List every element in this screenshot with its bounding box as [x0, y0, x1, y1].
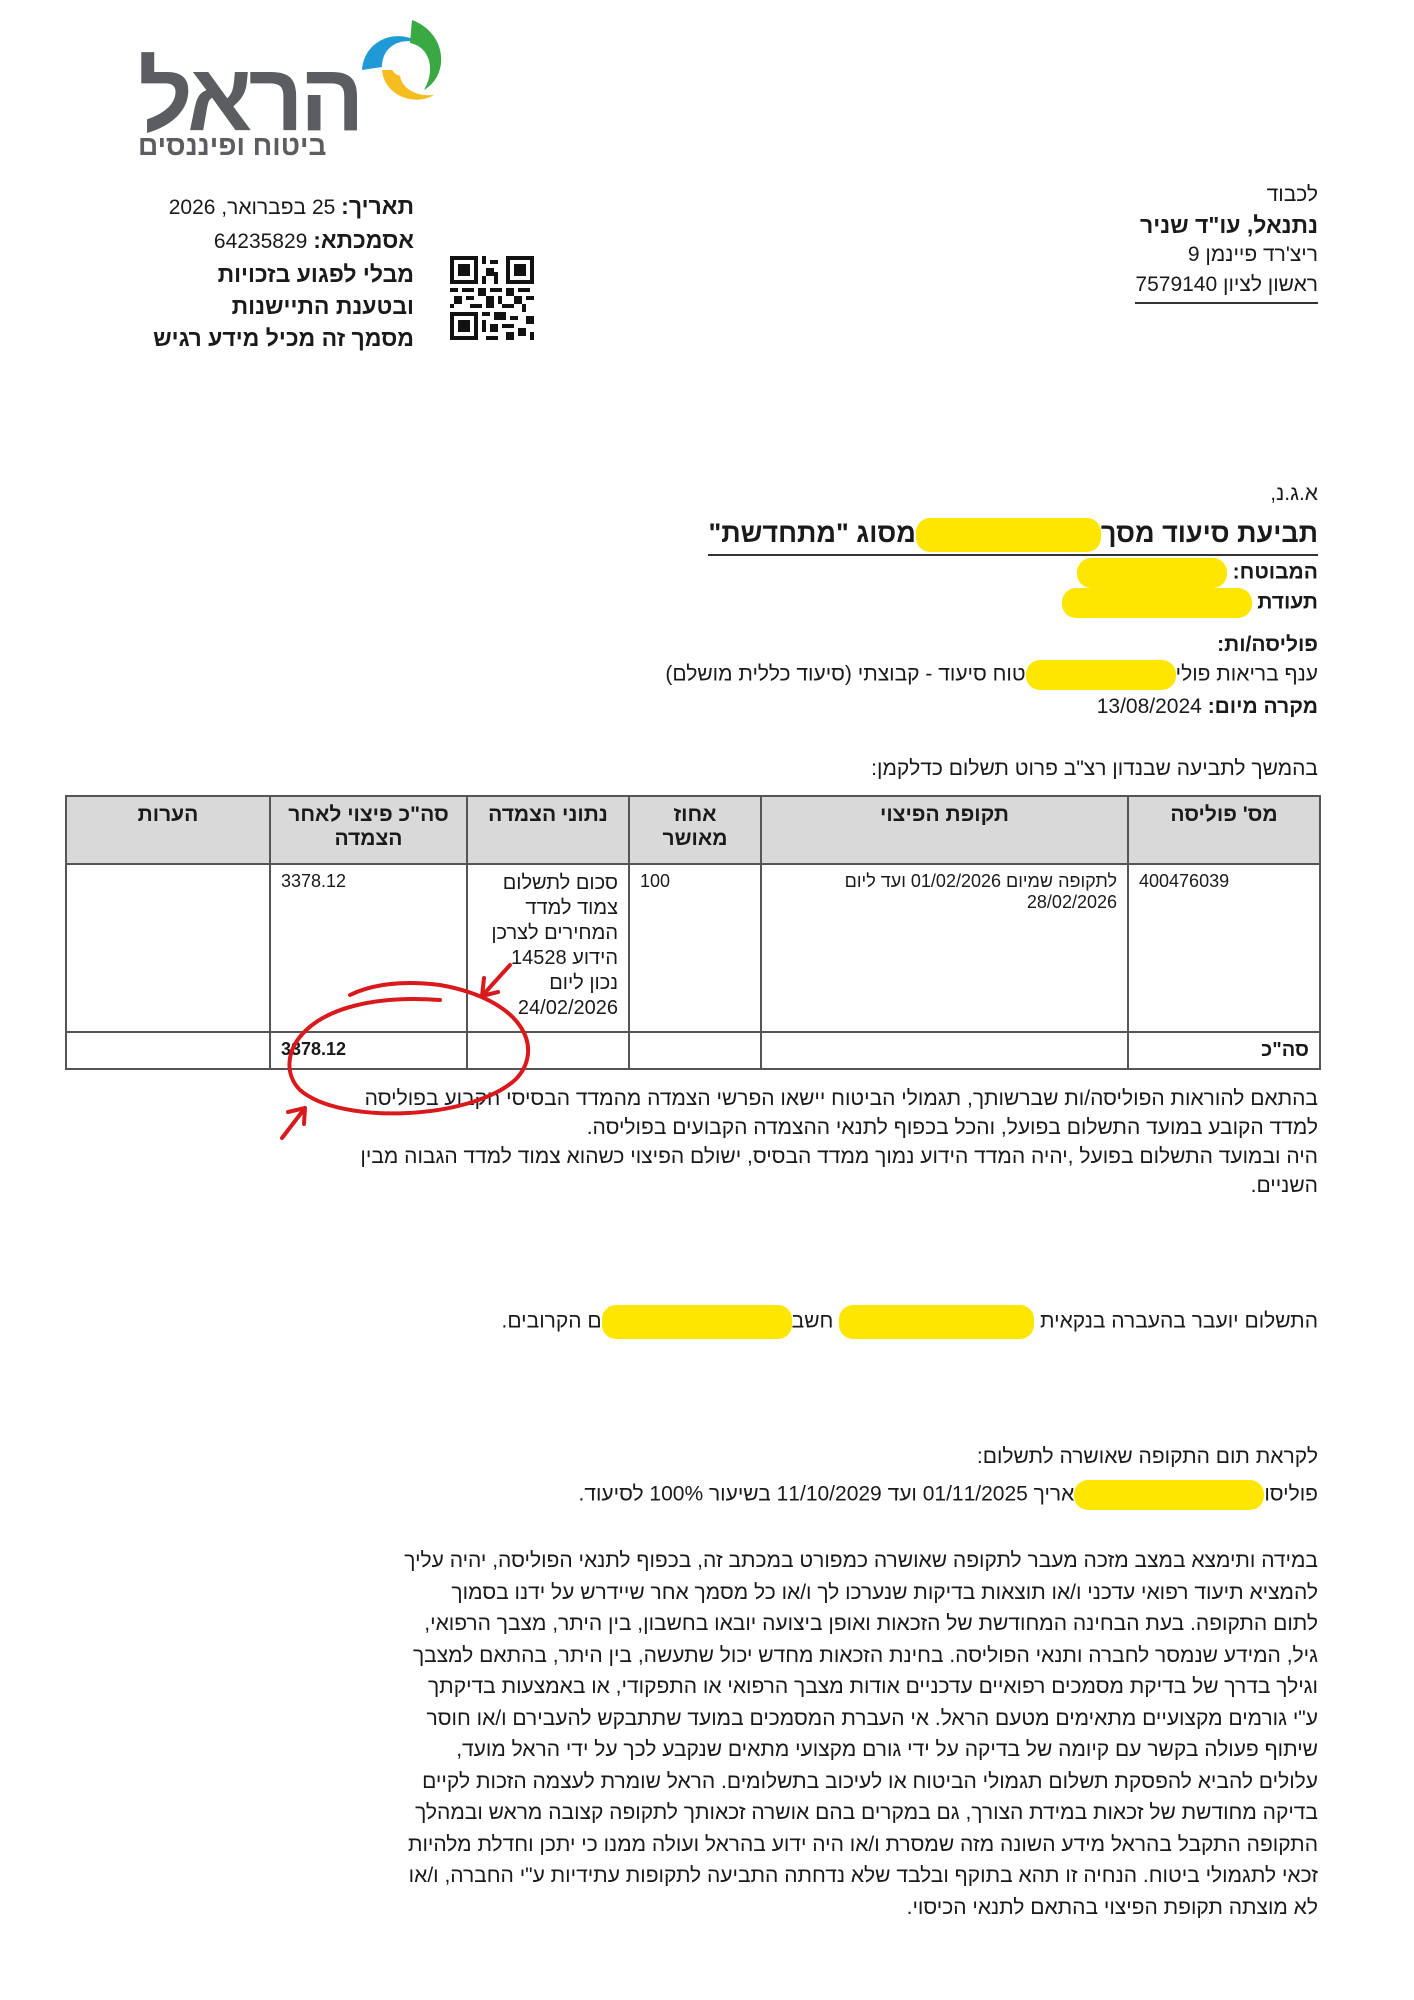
paragraph-line: בדיקה מחודשת של זכאות במידת הצורך, גם במ… — [128, 1797, 1318, 1829]
cell-index-details: סכום לתשלום צמוד למדד המחירים לצרכן הידו… — [467, 864, 629, 1032]
paragraph-line: זכאי לתגמולי ביטוח. הנחיה זו תהא בתוקף ו… — [128, 1860, 1318, 1892]
reference-label: אסמכתא: — [313, 227, 414, 253]
total-value: 3378.12 — [270, 1032, 467, 1069]
recipient-address: לכבוד נתנאל, עו"ד שניר ריצ'רד פיינמן 9 ר… — [1018, 180, 1318, 304]
index-paragraph: בהתאם להוראות הפוליסה/ות שברשותך, תגמולי… — [82, 1084, 1318, 1200]
table-intro: בהמשך לתביעה שבנדון רצ"ב פרוט תשלום כדלק… — [871, 757, 1318, 781]
cell-total-after-index: 3378.12 — [270, 864, 467, 1032]
transfer-suffix: ם הקרובים. — [502, 1310, 602, 1333]
recipient-city: ראשון לציון 7579140 — [1135, 270, 1318, 304]
greeting: א.ג.נ, — [1270, 482, 1318, 506]
col-compensation-period: תקופת הפיצוי — [761, 796, 1128, 864]
transfer-middle: חשב — [792, 1310, 834, 1333]
paragraph-line: לא מוצתה תקופת הפיצוי בהתאם לתנאי הכיסוי… — [128, 1892, 1318, 1924]
paragraph-line: בהתאם להוראות הפוליסה/ות שברשותך, תגמולי… — [82, 1084, 1318, 1113]
closing-paragraph: במידה ותימצא במצב מזכה מעבר לתקופה שאושר… — [128, 1545, 1318, 1923]
logo-tagline: ביטוח ופיננסים — [138, 132, 326, 160]
redaction-mark — [602, 1305, 792, 1339]
table-header-row: מס' פוליסה תקופת הפיצוי אחוז מאושר נתוני… — [66, 796, 1320, 864]
event-label: מקרה מיום: — [1208, 695, 1318, 718]
transfer-prefix: התשלום יועבר בהעברה בנקאית — [1040, 1310, 1318, 1333]
recipient-street: ריצ'רד פיינמן 9 — [1018, 240, 1318, 270]
col-total-after-index: סה"כ פיצוי לאחר הצמדה — [270, 796, 467, 864]
salutation: לכבוד — [1018, 180, 1318, 210]
policy-line: ענף בריאות פוליטוח סיעוד - קבוצתי (סיעוד… — [665, 660, 1318, 690]
policy-line-suffix: טוח סיעוד - קבוצתי (סיעוד כללית מושלם) — [665, 663, 1025, 686]
transfer-line: התשלום יועבר בהעברה בנקאית חשבם הקרובים. — [502, 1305, 1318, 1339]
paragraph-line: התקופה התקבל בהראל מידע השונה מזה שמסרת … — [128, 1829, 1318, 1861]
col-notes: הערות — [66, 796, 270, 864]
cell-period: לתקופה שמיום 01/02/2026 ועד ליום 28/02/2… — [761, 864, 1128, 1032]
table-total-row: סה"כ 3378.12 — [66, 1032, 1320, 1069]
redaction-mark — [1026, 660, 1176, 690]
cell-percent: 100 — [629, 864, 761, 1032]
date-row: תאריך: 25 בפברואר, 2026 — [84, 190, 414, 224]
subject-prefix: תביעת סיעוד מסך — [1101, 518, 1318, 548]
table-row: 400476039 לתקופה שמיום 01/02/2026 ועד לי… — [66, 864, 1320, 1032]
col-index-details: נתוני הצמדה — [467, 796, 629, 864]
notice-line: מסמך זה מכיל מידע רגיש — [84, 322, 414, 354]
col-policy-number: מס' פוליסה — [1128, 796, 1320, 864]
reference-value: 64235829 — [214, 230, 307, 253]
paragraph-line: השניים. — [82, 1171, 1318, 1200]
cell-policy-number: 400476039 — [1128, 864, 1320, 1032]
paragraph-line: לתום התקופה. בעת הבחינה המחודשת של הזכאו… — [128, 1608, 1318, 1640]
end-period-prefix: פוליסו — [1264, 1483, 1318, 1506]
subject-suffix: מסוג "מתחדשת" — [708, 518, 915, 548]
empty-cell — [761, 1032, 1128, 1069]
recipient-name: נתנאל, עו"ד שניר — [1018, 210, 1318, 240]
id-row: תעודת — [1062, 588, 1319, 618]
redaction-mark — [1077, 558, 1227, 588]
qr-code — [450, 256, 534, 340]
subject-line: תביעת סיעוד מסךמסוג "מתחדשת" — [708, 518, 1318, 556]
date-label: תאריך: — [341, 193, 414, 219]
policies-label: פוליסה/ות: — [1217, 633, 1318, 657]
paragraph-line: שיתוף פעולה בקשר עם קיומה של בדיקה על יד… — [128, 1734, 1318, 1766]
redaction-mark — [916, 518, 1101, 552]
paragraph-line: במידה ותימצא במצב מזכה מעבר לתקופה שאושר… — [128, 1545, 1318, 1577]
col-approved-percent: אחוז מאושר — [629, 796, 761, 864]
paragraph-line: ע"י גורמים מקצועיים מתאימים מטעם הראל. א… — [128, 1703, 1318, 1735]
notice-line: מבלי לפגוע בזכויות — [84, 258, 414, 290]
policy-line-prefix: ענף בריאות פולי — [1176, 663, 1318, 686]
end-period-suffix: אריך 01/11/2025 ועד 11/10/2029 בשיעור 10… — [578, 1483, 1074, 1506]
event-date: 13/08/2024 — [1097, 695, 1202, 718]
empty-cell — [66, 1032, 270, 1069]
harel-logo: הראל ביטוח ופיננסים — [130, 10, 450, 160]
redaction-mark — [839, 1305, 1034, 1339]
insured-label: המבוטח: — [1233, 561, 1318, 584]
id-label: תעודת — [1257, 591, 1318, 614]
paragraph-line: למדד הקובע במועד התשלום בפועל, והכל בכפו… — [82, 1113, 1318, 1142]
empty-cell — [467, 1032, 629, 1069]
paragraph-line: היה ובמועד התשלום בפועל ,יהיה המדד הידוע… — [82, 1142, 1318, 1171]
letter-meta: תאריך: 25 בפברואר, 2026 אסמכתא: 64235829… — [84, 190, 414, 354]
payment-table: מס' פוליסה תקופת הפיצוי אחוז מאושר נתוני… — [65, 795, 1321, 1070]
cell-notes — [66, 864, 270, 1032]
total-label: סה"כ — [1128, 1032, 1320, 1069]
insured-row: המבוטח: — [1077, 558, 1318, 588]
end-period-title: לקראת תום התקופה שאושרה לתשלום: — [977, 1445, 1318, 1469]
reference-row: אסמכתא: 64235829 — [84, 224, 414, 258]
paragraph-line: וגילך בדרך של בדיקת מסמכים רפואיים עדכני… — [128, 1671, 1318, 1703]
date-value: 25 בפברואר, 2026 — [169, 196, 336, 219]
paragraph-line: להמציא תיעוד רפואי עדכני ו/או תוצאות בדי… — [128, 1577, 1318, 1609]
event-row: מקרה מיום: 13/08/2024 — [1097, 695, 1318, 719]
end-period-line: פוליסואריך 01/11/2025 ועד 11/10/2029 בשי… — [578, 1480, 1318, 1510]
paragraph-line: גיל, המידע שנמסר לחברה ותנאי הפוליסה. בח… — [128, 1640, 1318, 1672]
empty-cell — [629, 1032, 761, 1069]
harel-swirl-icon — [352, 15, 452, 115]
paragraph-line: עלולים להביא להפסקת תשלום תגמולי הביטוח … — [128, 1766, 1318, 1798]
redaction-mark — [1062, 588, 1252, 618]
notice-line: ובטענת התיישנות — [84, 290, 414, 322]
redaction-mark — [1074, 1480, 1264, 1510]
